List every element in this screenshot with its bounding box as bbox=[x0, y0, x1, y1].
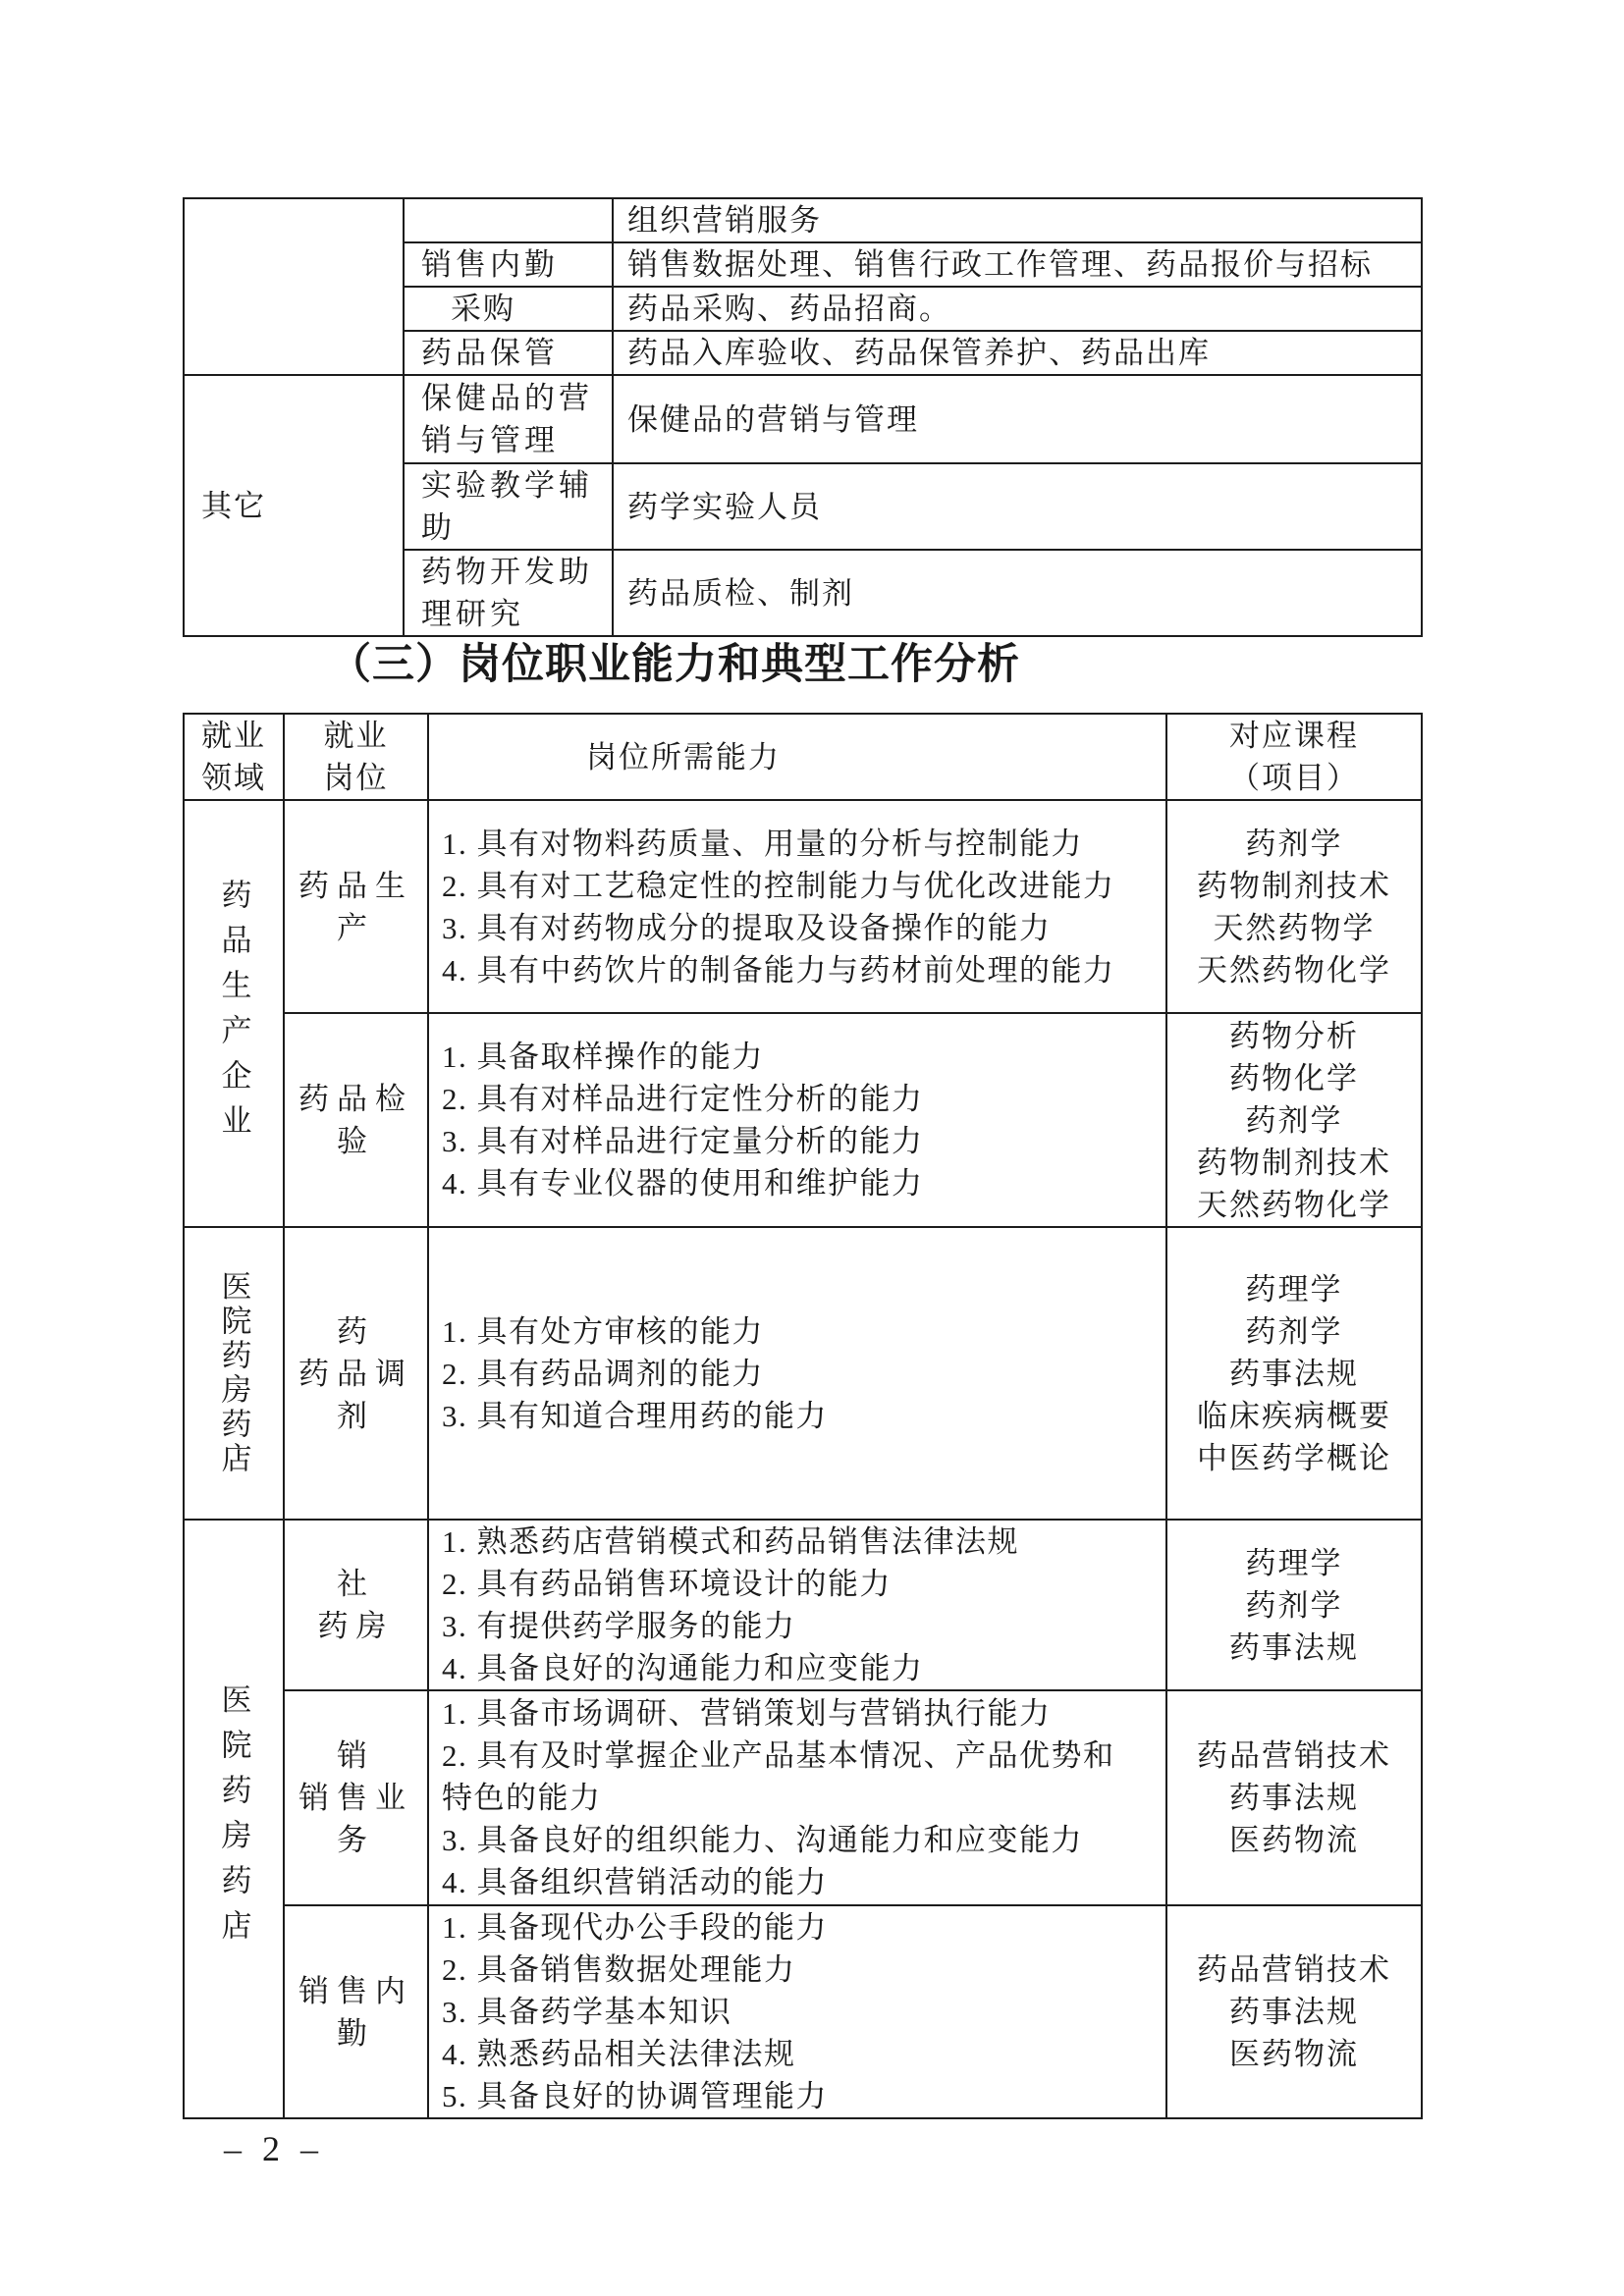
section-heading: （三）岗位职业能力和典型工作分析 bbox=[329, 643, 1020, 688]
position-cell: 采购 bbox=[404, 287, 613, 331]
abilities-cell: 1. 具备市场调研、营销策划与营销执行能力 2. 具有及时掌握企业产品基本情况、… bbox=[428, 1690, 1166, 1905]
tasks-cell: 销售数据处理、销售行政工作管理、药品报价与招标 bbox=[613, 242, 1422, 287]
position-cell: 销售内 勤 bbox=[284, 1905, 428, 2118]
tasks-cell: 组织营销服务 bbox=[613, 198, 1422, 242]
tasks-cell: 药学实验人员 bbox=[613, 463, 1422, 550]
courses-cell: 药理学 药剂学 药事法规 bbox=[1166, 1520, 1422, 1690]
page-number: – 2 – bbox=[224, 2128, 324, 2169]
tasks-cell: 药品质检、制剂 bbox=[613, 550, 1422, 636]
position-cell: 药 药品调 剂 bbox=[284, 1227, 428, 1520]
table-row: 药品检 验 1. 具备取样操作的能力 2. 具有对样品进行定性分析的能力 3. … bbox=[184, 1013, 1422, 1227]
table-row: 医院药房药店 社 药房 1. 熟悉药店营销模式和药品销售法律法规 2. 具有药品… bbox=[184, 1520, 1422, 1690]
table-row: 销 销售业 务 1. 具备市场调研、营销策划与营销执行能力 2. 具有及时掌握企… bbox=[184, 1690, 1422, 1905]
position-cell: 实验教学辅 助 bbox=[404, 463, 613, 550]
position-cell bbox=[404, 198, 613, 242]
table-row: 组织营销服务 bbox=[184, 198, 1422, 242]
abilities-cell: 1. 具备取样操作的能力 2. 具有对样品进行定性分析的能力 3. 具有对样品进… bbox=[428, 1013, 1166, 1227]
courses-cell: 药品营销技术 药事法规 医药物流 bbox=[1166, 1905, 1422, 2118]
area-vertical-label: 医院药房药店 bbox=[213, 1270, 255, 1476]
courses-cell: 药品营销技术 药事法规 医药物流 bbox=[1166, 1690, 1422, 1905]
courses-cell: 药剂学 药物制剂技术 天然药物学 天然药物化学 bbox=[1166, 800, 1422, 1013]
table-header-row: 就业 领域 就业 岗位 岗位所需能力 对应课程 （项目） bbox=[184, 714, 1422, 800]
abilities-cell: 1. 熟悉药店营销模式和药品销售法律法规 2. 具有药品销售环境设计的能力 3.… bbox=[428, 1520, 1166, 1690]
position-cell: 药品生 产 bbox=[284, 800, 428, 1013]
table-row: 其它 保健品的营 销与管理 保健品的营销与管理 bbox=[184, 375, 1422, 463]
tasks-cell: 药品入库验收、药品保管养护、药品出库 bbox=[613, 331, 1422, 375]
area-vertical-label: 医院药房药店 bbox=[213, 1683, 255, 1954]
area-cell: 药品生产企业 bbox=[184, 800, 284, 1227]
work-tasks-table: 组织营销服务 销售内勤 销售数据处理、销售行政工作管理、药品报价与招标 采购 药… bbox=[183, 197, 1423, 637]
area-cell: 医院药房药店 bbox=[184, 1227, 284, 1520]
position-cell: 药品保管 bbox=[404, 331, 613, 375]
position-cell: 销售内勤 bbox=[404, 242, 613, 287]
header-abilities-cell: 岗位所需能力 bbox=[428, 714, 1166, 800]
courses-cell: 药物分析 药物化学 药剂学 药物制剂技术 天然药物化学 bbox=[1166, 1013, 1422, 1227]
position-cell: 药品检 验 bbox=[284, 1013, 428, 1227]
table-row: 销售内 勤 1. 具备现代办公手段的能力 2. 具备销售数据处理能力 3. 具备… bbox=[184, 1905, 1422, 2118]
abilities-cell: 1. 具有处方审核的能力 2. 具有药品调剂的能力 3. 具有知道合理用药的能力 bbox=[428, 1227, 1166, 1520]
abilities-cell: 1. 具备现代办公手段的能力 2. 具备销售数据处理能力 3. 具备药学基本知识… bbox=[428, 1905, 1166, 2118]
position-cell: 药物开发助 理研究 bbox=[404, 550, 613, 636]
area-vertical-label: 药品生产企业 bbox=[213, 879, 255, 1149]
table-row: 药品生产企业 药品生 产 1. 具有对物料药质量、用量的分析与控制能力 2. 具… bbox=[184, 800, 1422, 1013]
header-position-cell: 就业 岗位 bbox=[284, 714, 428, 800]
table-row: 医院药房药店 药 药品调 剂 1. 具有处方审核的能力 2. 具有药品调剂的能力… bbox=[184, 1227, 1422, 1520]
area-cell-other: 其它 bbox=[184, 375, 404, 636]
tasks-cell: 药品采购、药品招商。 bbox=[613, 287, 1422, 331]
ability-analysis-table: 就业 领域 就业 岗位 岗位所需能力 对应课程 （项目） 药品生产企业 药品生 … bbox=[183, 713, 1423, 2119]
position-cell: 社 药房 bbox=[284, 1520, 428, 1690]
abilities-cell: 1. 具有对物料药质量、用量的分析与控制能力 2. 具有对工艺稳定性的控制能力与… bbox=[428, 800, 1166, 1013]
area-cell-empty bbox=[184, 198, 404, 375]
header-area-cell: 就业 领域 bbox=[184, 714, 284, 800]
document-page: 组织营销服务 销售内勤 销售数据处理、销售行政工作管理、药品报价与招标 采购 药… bbox=[0, 0, 1624, 2296]
area-cell: 医院药房药店 bbox=[184, 1520, 284, 2118]
position-cell: 销 销售业 务 bbox=[284, 1690, 428, 1905]
header-courses-cell: 对应课程 （项目） bbox=[1166, 714, 1422, 800]
tasks-cell: 保健品的营销与管理 bbox=[613, 375, 1422, 463]
position-cell: 保健品的营 销与管理 bbox=[404, 375, 613, 463]
courses-cell: 药理学 药剂学 药事法规 临床疾病概要 中医药学概论 bbox=[1166, 1227, 1422, 1520]
